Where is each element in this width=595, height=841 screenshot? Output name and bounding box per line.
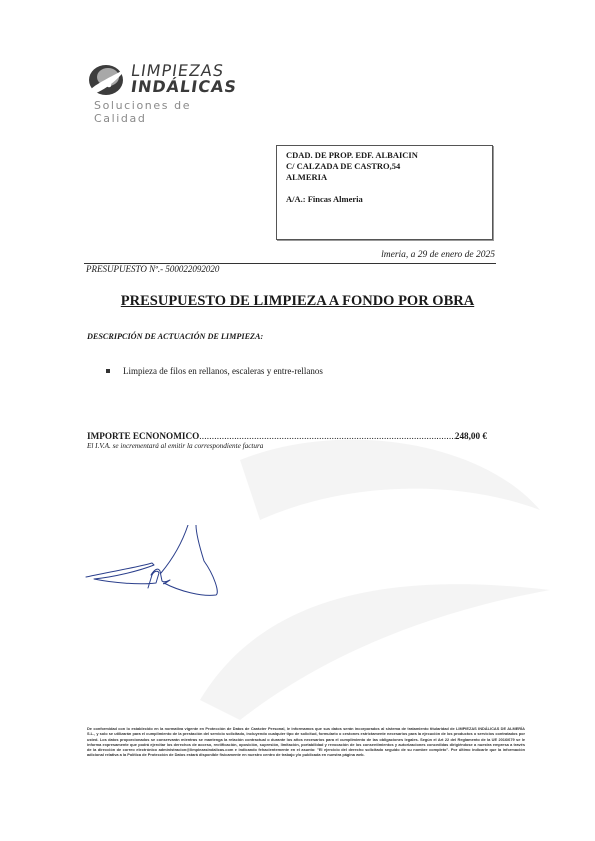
recipient-name: CDAD. DE PROP. EDF. ALBAICIN — [286, 150, 492, 161]
handwritten-signature — [84, 525, 244, 635]
description-item-text: Limpieza de filos en rellanos, escaleras… — [123, 366, 323, 376]
globe-swoosh-icon — [86, 62, 128, 98]
description-item: Limpieza de filos en rellanos, escaleras… — [106, 366, 323, 376]
recipient-city: ALMERIA — [286, 172, 492, 183]
amount-leader-dots: ........................................… — [199, 431, 455, 441]
legal-data-protection-notice: De conformidad con lo establecido en la … — [87, 726, 525, 758]
amount-label: IMPORTE ECNONOMICO — [87, 431, 199, 441]
description-heading: DESCRIPCIÓN DE ACTUACIÓN DE LIMPIEZA: — [87, 332, 263, 341]
bullet-icon — [106, 369, 110, 373]
amount-value: 248,00 € — [455, 431, 487, 441]
recipient-attention: A/A.: Fincas Almeria — [286, 194, 492, 205]
recipient-address-box: CDAD. DE PROP. EDF. ALBAICIN C/ CALZADA … — [276, 145, 493, 240]
recipient-street: C/ CALZADA DE CASTRO,54 — [286, 161, 492, 172]
vat-note: El I.V.A. se incrementará al emitir la c… — [87, 442, 263, 450]
document-date: lmeria, a 29 de enero de 2025 — [370, 250, 495, 260]
company-tagline: Soluciones de Calidad — [94, 99, 246, 125]
amount-row: IMPORTE ECNONOMICO .....................… — [87, 431, 487, 441]
company-name-line2: INDÁLICAS — [130, 79, 238, 95]
budget-number: PRESUPUESTO Nº.- 500022092020 — [86, 264, 219, 274]
company-logo: LIMPIEZAS INDÁLICAS Soluciones de Calida… — [86, 60, 246, 115]
document-title: PRESUPUESTO DE LIMPIEZA A FONDO POR OBRA — [0, 293, 595, 310]
